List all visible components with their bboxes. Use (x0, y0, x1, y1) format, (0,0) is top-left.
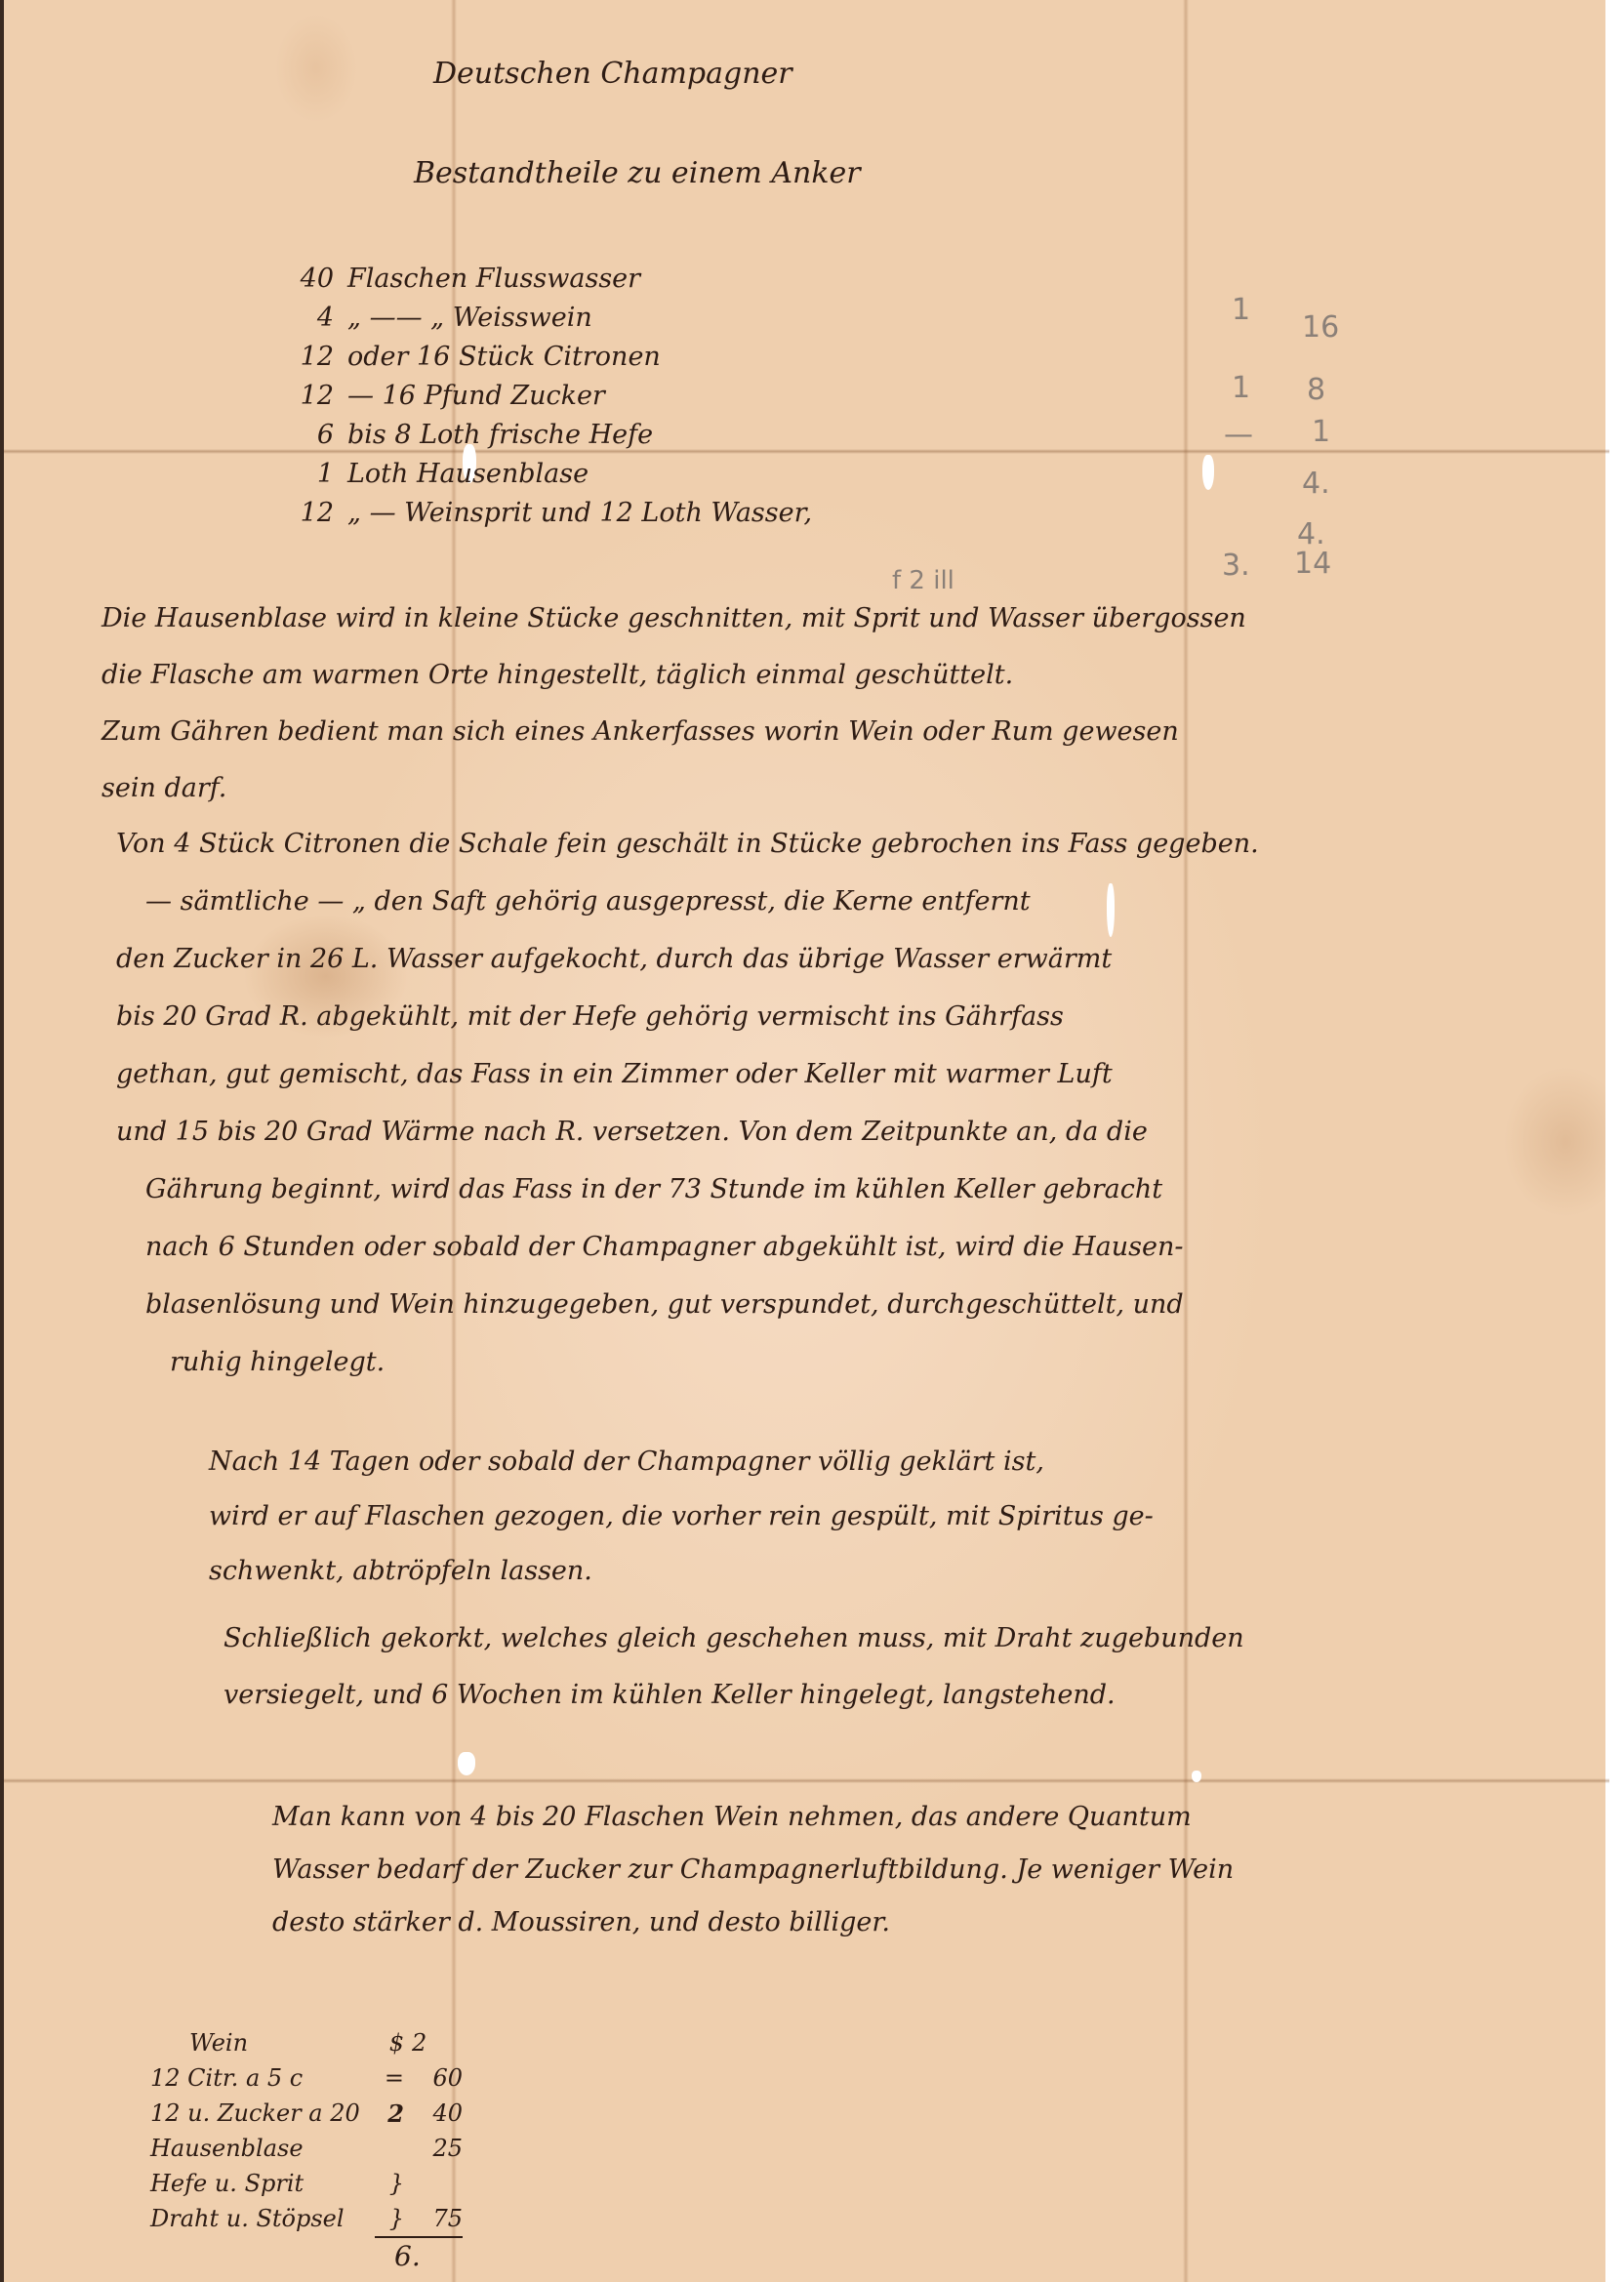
ingredient-row: 12„ — Weinsprit und 12 Loth Wasser, (287, 493, 812, 532)
paragraph-corking: Schließlich gekorkt, welches gleich gesc… (223, 1610, 1244, 1724)
text-line: ruhig hingelegt. (116, 1333, 1259, 1391)
ingredient-qty: 6 (287, 420, 334, 450)
paragraph-bottling: Nach 14 Tagen oder sobald der Champagner… (209, 1435, 1154, 1599)
cost-value: 40 (404, 2099, 463, 2127)
cost-total-row: 6. (150, 2238, 470, 2273)
paragraph-hausenblase: Die Hausenblase wird in kleine Stücke ge… (101, 591, 1246, 817)
cost-row: Hefe u. Sprit} (150, 2166, 470, 2201)
cost-mid: $ (345, 2029, 404, 2057)
text-line: Zum Gähren bedient man sich eines Ankerf… (101, 704, 1246, 760)
paper-hole (1192, 1771, 1201, 1782)
ingredient-text: Flaschen Flusswasser (347, 264, 640, 294)
cost-label: Hausenblase (150, 2135, 345, 2162)
text-line: den Zucker in 26 L. Wasser aufgekocht, d… (116, 930, 1259, 988)
cost-label: Draht u. Stöpsel (150, 2205, 345, 2232)
ingredient-text: „ —— „ Weisswein (347, 303, 592, 333)
pencil-note: 8 (1307, 373, 1325, 407)
letter-page: Deutschen Champagner Bestandtheile zu ei… (0, 0, 1605, 2282)
ingredient-row: 12oder 16 Stück Citronen (287, 337, 812, 376)
ingredient-text: „ — Weinsprit und 12 Loth Wasser, (347, 498, 812, 528)
text-line: Wasser bedarf der Zucker zur Champagnerl… (272, 1844, 1234, 1896)
pencil-note: 4. (1302, 467, 1330, 501)
ingredient-qty: 12 (287, 381, 334, 411)
pencil-note: 1 (1232, 371, 1250, 405)
cost-mid: } (345, 2170, 404, 2197)
paper-hole (458, 1752, 475, 1775)
ingredient-qty: 1 (287, 459, 334, 489)
text-line: nach 6 Stunden oder sobald der Champagne… (116, 1218, 1259, 1276)
ingredient-row: 40Flaschen Flusswasser (287, 259, 812, 298)
cost-calculation: Wein$2 12 Citr. a 5 c=60 12 u. Zucker a … (150, 2025, 470, 2273)
ingredients-list: 40Flaschen Flusswasser 4„ —— „ Weisswein… (287, 259, 812, 532)
ingredient-row: 12— 16 Pfund Zucker (287, 376, 812, 415)
text-line: gethan, gut gemischt, das Fass in ein Zi… (116, 1045, 1259, 1103)
text-line: sein darf. (101, 760, 1246, 817)
cost-value: 75 (404, 2205, 463, 2232)
ingredient-qty: 40 (287, 264, 334, 294)
ingredient-text: Loth Hausenblase (347, 459, 589, 489)
cost-mid: } (345, 2205, 404, 2232)
cost-value: 2 (404, 2029, 470, 2057)
cost-value: 60 (404, 2064, 463, 2092)
ingredient-row: 6bis 8 Loth frische Hefe (287, 415, 812, 454)
text-line: desto stärker d. Moussiren, und desto bi… (272, 1896, 1234, 1949)
text-line: versiegelt, und 6 Wochen im kühlen Kelle… (223, 1667, 1244, 1724)
pencil-note: 1 (1312, 415, 1330, 449)
cost-row: 12 u. Zucker a 20240 (150, 2096, 470, 2131)
pencil-note: 16 (1302, 310, 1339, 345)
cost-mid: = (345, 2064, 404, 2092)
text-line: bis 20 Grad R. abgekühlt, mit der Hefe g… (116, 988, 1259, 1045)
ingredient-qty: 4 (287, 303, 334, 333)
pencil-note: 14 (1294, 547, 1331, 581)
document-subtitle: Bestandtheile zu einem Anker (414, 156, 861, 190)
cost-row: Hausenblase25 (150, 2131, 470, 2166)
cost-row: Draht u. Stöpsel}75 (150, 2201, 470, 2236)
ingredient-row: 1Loth Hausenblase (287, 454, 812, 493)
text-line: die Flasche am warmen Orte hingestellt, … (101, 647, 1246, 704)
text-line: Von 4 Stück Citronen die Schale fein ges… (116, 815, 1259, 873)
paragraph-preparation: Von 4 Stück Citronen die Schale fein ges… (116, 815, 1259, 1391)
cost-row: 12 Citr. a 5 c=60 (150, 2060, 470, 2096)
document-title: Deutschen Champagner (433, 57, 792, 91)
text-line: Gährung beginnt, wird das Fass in der 73… (116, 1161, 1259, 1218)
text-line: schwenkt, abtröpfeln lassen. (209, 1544, 1154, 1599)
ingredient-row: 4„ —— „ Weisswein (287, 298, 812, 337)
cost-value: 25 (404, 2135, 463, 2162)
text-line: Schließlich gekorkt, welches gleich gesc… (223, 1610, 1244, 1667)
text-line: Nach 14 Tagen oder sobald der Champagner… (209, 1435, 1154, 1489)
cost-label: 12 Citr. a 5 c (150, 2064, 345, 2092)
cost-total: 6. (394, 2240, 421, 2272)
pencil-note: 3. (1222, 549, 1250, 583)
ingredient-text: — 16 Pfund Zucker (347, 381, 605, 411)
pencil-note: 1 (1232, 293, 1250, 327)
horizontal-fold-bottom (4, 1778, 1609, 1783)
cost-label: Wein (150, 2029, 345, 2057)
cost-row: Wein$2 (150, 2025, 470, 2060)
text-line: — sämtliche — „ den Saft gehörig ausgepr… (116, 873, 1259, 930)
ingredient-qty: 12 (287, 342, 334, 372)
ingredient-text: bis 8 Loth frische Hefe (347, 420, 653, 450)
text-line: blasenlösung und Wein hinzugegeben, gut … (116, 1276, 1259, 1333)
ingredient-text: oder 16 Stück Citronen (347, 342, 661, 372)
cost-label: 12 u. Zucker a 20 (150, 2099, 345, 2127)
paragraph-quantity-note: Man kann von 4 bis 20 Flaschen Wein nehm… (272, 1791, 1234, 1949)
pencil-note: — (1224, 418, 1253, 452)
cost-label: Hefe u. Sprit (150, 2170, 345, 2197)
ingredient-qty: 12 (287, 498, 334, 528)
text-line: wird er auf Flaschen gezogen, die vorher… (209, 1489, 1154, 1544)
text-line: Man kann von 4 bis 20 Flaschen Wein nehm… (272, 1791, 1234, 1844)
cost-mid: 2 (345, 2099, 404, 2128)
text-line: und 15 bis 20 Grad Wärme nach R. versetz… (116, 1103, 1259, 1161)
text-line: Die Hausenblase wird in kleine Stücke ge… (101, 591, 1246, 647)
paper-hole (1202, 455, 1214, 490)
